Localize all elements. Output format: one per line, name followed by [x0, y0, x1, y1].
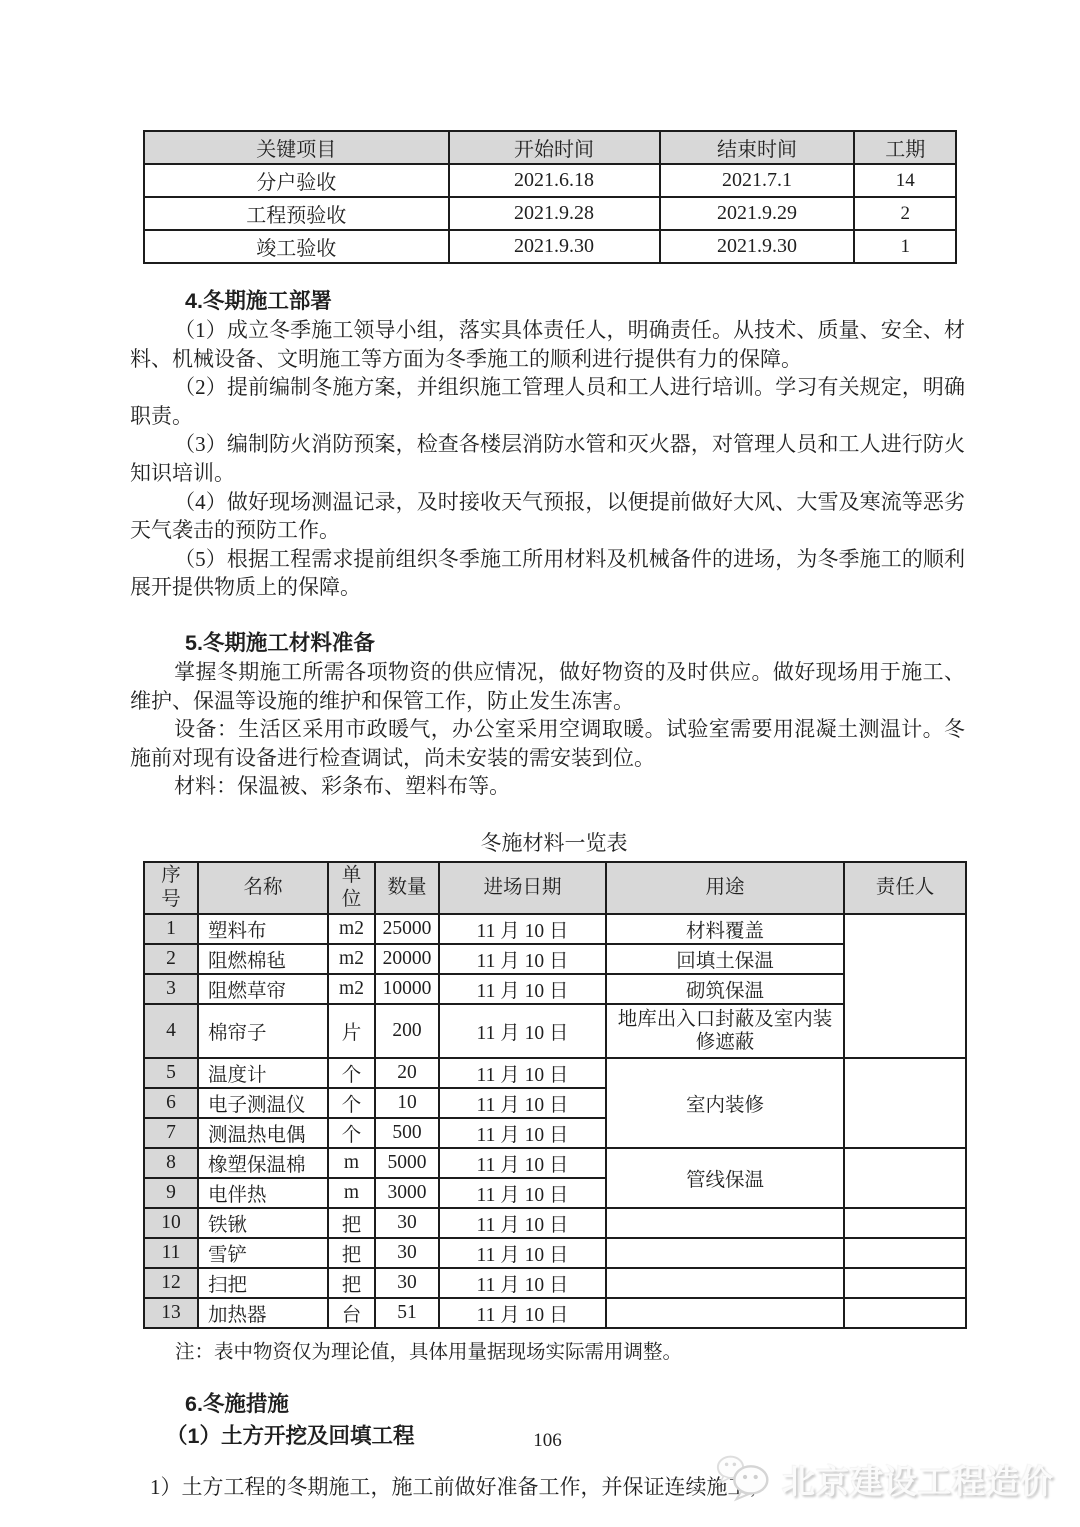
cell-qty: 30: [375, 1268, 439, 1298]
cell-unit: 把: [328, 1238, 375, 1268]
table-header-row: 关键项目 开始时间 结束时间 工期: [144, 131, 956, 164]
cell-responsible: [844, 1058, 966, 1148]
cell-responsible: [844, 1268, 966, 1298]
cell-duration: 14: [854, 164, 956, 197]
cell-qty: 30: [375, 1208, 439, 1238]
cell-date: 11 月 10 日: [439, 944, 606, 974]
cell-use-merged: 室内装修: [606, 1058, 844, 1148]
cell-end: 2021.9.29: [660, 197, 855, 230]
table-row: 10 铁锹 把 30 11 月 10 日: [144, 1208, 966, 1238]
table-row: 工程预验收 2021.9.28 2021.9.29 2: [144, 197, 956, 230]
cell-unit: 把: [328, 1208, 375, 1238]
cell-no: 3: [144, 974, 198, 1004]
cell-date: 11 月 10 日: [439, 1148, 606, 1178]
cell-unit: 片: [328, 1004, 375, 1058]
table-row: 竣工验收 2021.9.30 2021.9.30 1: [144, 230, 956, 263]
cell-name: 加热器: [198, 1298, 328, 1328]
table-row: 分户验收 2021.6.18 2021.7.1 14: [144, 164, 956, 197]
table-row: 12 扫把 把 30 11 月 10 日: [144, 1268, 966, 1298]
cell-date: 11 月 10 日: [439, 1118, 606, 1148]
cell-date: 11 月 10 日: [439, 974, 606, 1004]
cell-end: 2021.9.30: [660, 230, 855, 263]
cell-no: 6: [144, 1088, 198, 1118]
section-5-title: 5.冬期施工材料准备: [130, 629, 965, 658]
materials-table-title: 冬施材料一览表: [143, 827, 965, 857]
cell-no: 7: [144, 1118, 198, 1148]
cell-item: 竣工验收: [144, 230, 449, 263]
cell-date: 11 月 10 日: [439, 1298, 606, 1328]
cell-date: 11 月 10 日: [439, 1088, 606, 1118]
cell-name: 扫把: [198, 1268, 328, 1298]
cell-item: 工程预验收: [144, 197, 449, 230]
cell-unit: 个: [328, 1088, 375, 1118]
watermark-text: 北京建设工程造价: [782, 1456, 1054, 1503]
page-number: 106: [130, 1430, 965, 1452]
cell-unit: 个: [328, 1058, 375, 1088]
cell-responsible: [844, 1148, 966, 1208]
cell-date: 11 月 10 日: [439, 1004, 606, 1058]
watermark: 北京建设工程造价: [714, 1452, 1054, 1507]
header-key-item: 关键项目: [144, 131, 449, 164]
cell-qty: 30: [375, 1238, 439, 1268]
cell-qty: 25000: [375, 914, 439, 944]
cell-unit: m: [328, 1178, 375, 1208]
cell-use: [606, 1268, 844, 1298]
page-content: 关键项目 开始时间 结束时间 工期 分户验收 2021.6.18 2021.7.…: [130, 0, 965, 1523]
cell-name: 雪铲: [198, 1238, 328, 1268]
cell-no: 9: [144, 1178, 198, 1208]
header-use: 用途: [606, 862, 844, 914]
cell-responsible: [844, 1208, 966, 1238]
cell-qty: 10000: [375, 974, 439, 1004]
header-responsible: 责任人: [844, 862, 966, 914]
cell-responsible: [844, 914, 966, 1058]
cell-use-merged: 管线保温: [606, 1148, 844, 1208]
cell-no: 2: [144, 944, 198, 974]
paragraph: 设备：生活区采用市政暖气，办公室采用空调取暖。试验室需要用混凝土测温计。冬施前对…: [130, 715, 965, 772]
cell-no: 10: [144, 1208, 198, 1238]
cell-name: 电伴热: [198, 1178, 328, 1208]
cell-duration: 2: [854, 197, 956, 230]
header-unit: 单位: [328, 862, 375, 914]
cell-unit: 把: [328, 1268, 375, 1298]
cell-use: 地库出入口封蔽及室内装修遮蔽: [606, 1004, 844, 1058]
cell-item: 分户验收: [144, 164, 449, 197]
cell-date: 11 月 10 日: [439, 1208, 606, 1238]
cell-responsible: [844, 1238, 966, 1268]
cell-use: 材料覆盖: [606, 914, 844, 944]
cell-qty: 500: [375, 1118, 439, 1148]
cell-date: 11 月 10 日: [439, 1268, 606, 1298]
cell-name: 温度计: [198, 1058, 328, 1088]
cell-no: 1: [144, 914, 198, 944]
cell-date: 11 月 10 日: [439, 1058, 606, 1088]
cell-no: 13: [144, 1298, 198, 1328]
table-note: 注：表中物资仅为理论值，具体用量据现场实际需用调整。: [175, 1336, 965, 1364]
wechat-bubbles-icon: [714, 1452, 778, 1507]
cell-unit: m2: [328, 914, 375, 944]
header-end-time: 结束时间: [660, 131, 855, 164]
table-row: 5 温度计 个 20 11 月 10 日 室内装修: [144, 1058, 966, 1088]
header-start-time: 开始时间: [449, 131, 660, 164]
cell-start: 2021.6.18: [449, 164, 660, 197]
cell-qty: 10: [375, 1088, 439, 1118]
table-row: 3 阻燃草帘 m2 10000 11 月 10 日 砌筑保温: [144, 974, 966, 1004]
cell-qty: 20: [375, 1058, 439, 1088]
paragraph: （5）根据工程需求提前组织冬季施工所用材料及机械备件的进场，为冬季施工的顺利展开…: [130, 545, 965, 602]
cell-use: 回填土保温: [606, 944, 844, 974]
header-qty: 数量: [375, 862, 439, 914]
paragraph: （4）做好现场测温记录，及时接收天气预报，以便提前做好大风、大雪及寒流等恶劣天气…: [130, 488, 965, 545]
paragraph: （2）提前编制冬施方案，并组织施工管理人员和工人进行培训。学习有关规定，明确职责…: [130, 373, 965, 430]
cell-name: 阻燃棉毡: [198, 944, 328, 974]
cell-qty: 51: [375, 1298, 439, 1328]
cell-end: 2021.7.1: [660, 164, 855, 197]
table-row: 2 阻燃棉毡 m2 20000 11 月 10 日 回填土保温: [144, 944, 966, 974]
header-name: 名称: [198, 862, 328, 914]
cell-duration: 1: [854, 230, 956, 263]
table-row: 1 塑料布 m2 25000 11 月 10 日 材料覆盖: [144, 914, 966, 944]
cell-unit: m2: [328, 944, 375, 974]
cell-start: 2021.9.30: [449, 230, 660, 263]
cell-use: 砌筑保温: [606, 974, 844, 1004]
cell-date: 11 月 10 日: [439, 1238, 606, 1268]
cell-start: 2021.9.28: [449, 197, 660, 230]
cell-name: 电子测温仪: [198, 1088, 328, 1118]
table-header-row: 序号 名称 单位 数量 进场日期 用途 责任人: [144, 862, 966, 914]
table-row: 4 棉帘子 片 200 11 月 10 日 地库出入口封蔽及室内装修遮蔽: [144, 1004, 966, 1058]
cell-no: 11: [144, 1238, 198, 1268]
document-page: 关键项目 开始时间 结束时间 工期 分户验收 2021.6.18 2021.7.…: [0, 0, 1080, 1527]
cell-qty: 200: [375, 1004, 439, 1058]
header-duration: 工期: [854, 131, 956, 164]
table-row: 13 加热器 台 51 11 月 10 日: [144, 1298, 966, 1328]
cell-no: 8: [144, 1148, 198, 1178]
cell-name: 橡塑保温棉: [198, 1148, 328, 1178]
cell-use: [606, 1238, 844, 1268]
cell-date: 11 月 10 日: [439, 1178, 606, 1208]
cell-use: [606, 1298, 844, 1328]
cell-unit: m: [328, 1148, 375, 1178]
cell-unit: m2: [328, 974, 375, 1004]
cell-name: 塑料布: [198, 914, 328, 944]
section-6-title: 6.冬施措施: [130, 1390, 965, 1419]
paragraph: （3）编制防火消防预案，检查各楼层消防水管和灭火器，对管理人员和工人进行防火知识…: [130, 430, 965, 487]
cell-qty: 20000: [375, 944, 439, 974]
cell-name: 测温热电偶: [198, 1118, 328, 1148]
cell-unit: 个: [328, 1118, 375, 1148]
cell-use: [606, 1208, 844, 1238]
cell-qty: 5000: [375, 1148, 439, 1178]
cell-name: 阻燃草帘: [198, 974, 328, 1004]
cell-qty: 3000: [375, 1178, 439, 1208]
cell-date: 11 月 10 日: [439, 914, 606, 944]
paragraph: （1）成立冬季施工领导小组，落实具体责任人，明确责任。从技术、质量、安全、材料、…: [130, 316, 965, 373]
header-date: 进场日期: [439, 862, 606, 914]
cell-no: 4: [144, 1004, 198, 1058]
cell-responsible: [844, 1298, 966, 1328]
cell-unit: 台: [328, 1298, 375, 1328]
header-no: 序号: [144, 862, 198, 914]
paragraph: 材料：保温被、彩条布、塑料布等。: [130, 772, 965, 801]
schedule-table: 关键项目 开始时间 结束时间 工期 分户验收 2021.6.18 2021.7.…: [143, 130, 957, 264]
cell-no: 12: [144, 1268, 198, 1298]
cell-name: 棉帘子: [198, 1004, 328, 1058]
table-row: 8 橡塑保温棉 m 5000 11 月 10 日 管线保温: [144, 1148, 966, 1178]
cell-no: 5: [144, 1058, 198, 1088]
materials-table: 序号 名称 单位 数量 进场日期 用途 责任人 1 塑料布 m2 25000 1…: [143, 861, 967, 1329]
cell-name: 铁锹: [198, 1208, 328, 1238]
section-4-title: 4.冬期施工部署: [130, 287, 965, 316]
table-row: 11 雪铲 把 30 11 月 10 日: [144, 1238, 966, 1268]
paragraph: 掌握冬期施工所需各项物资的供应情况，做好物资的及时供应。做好现场用于施工、维护、…: [130, 658, 965, 715]
